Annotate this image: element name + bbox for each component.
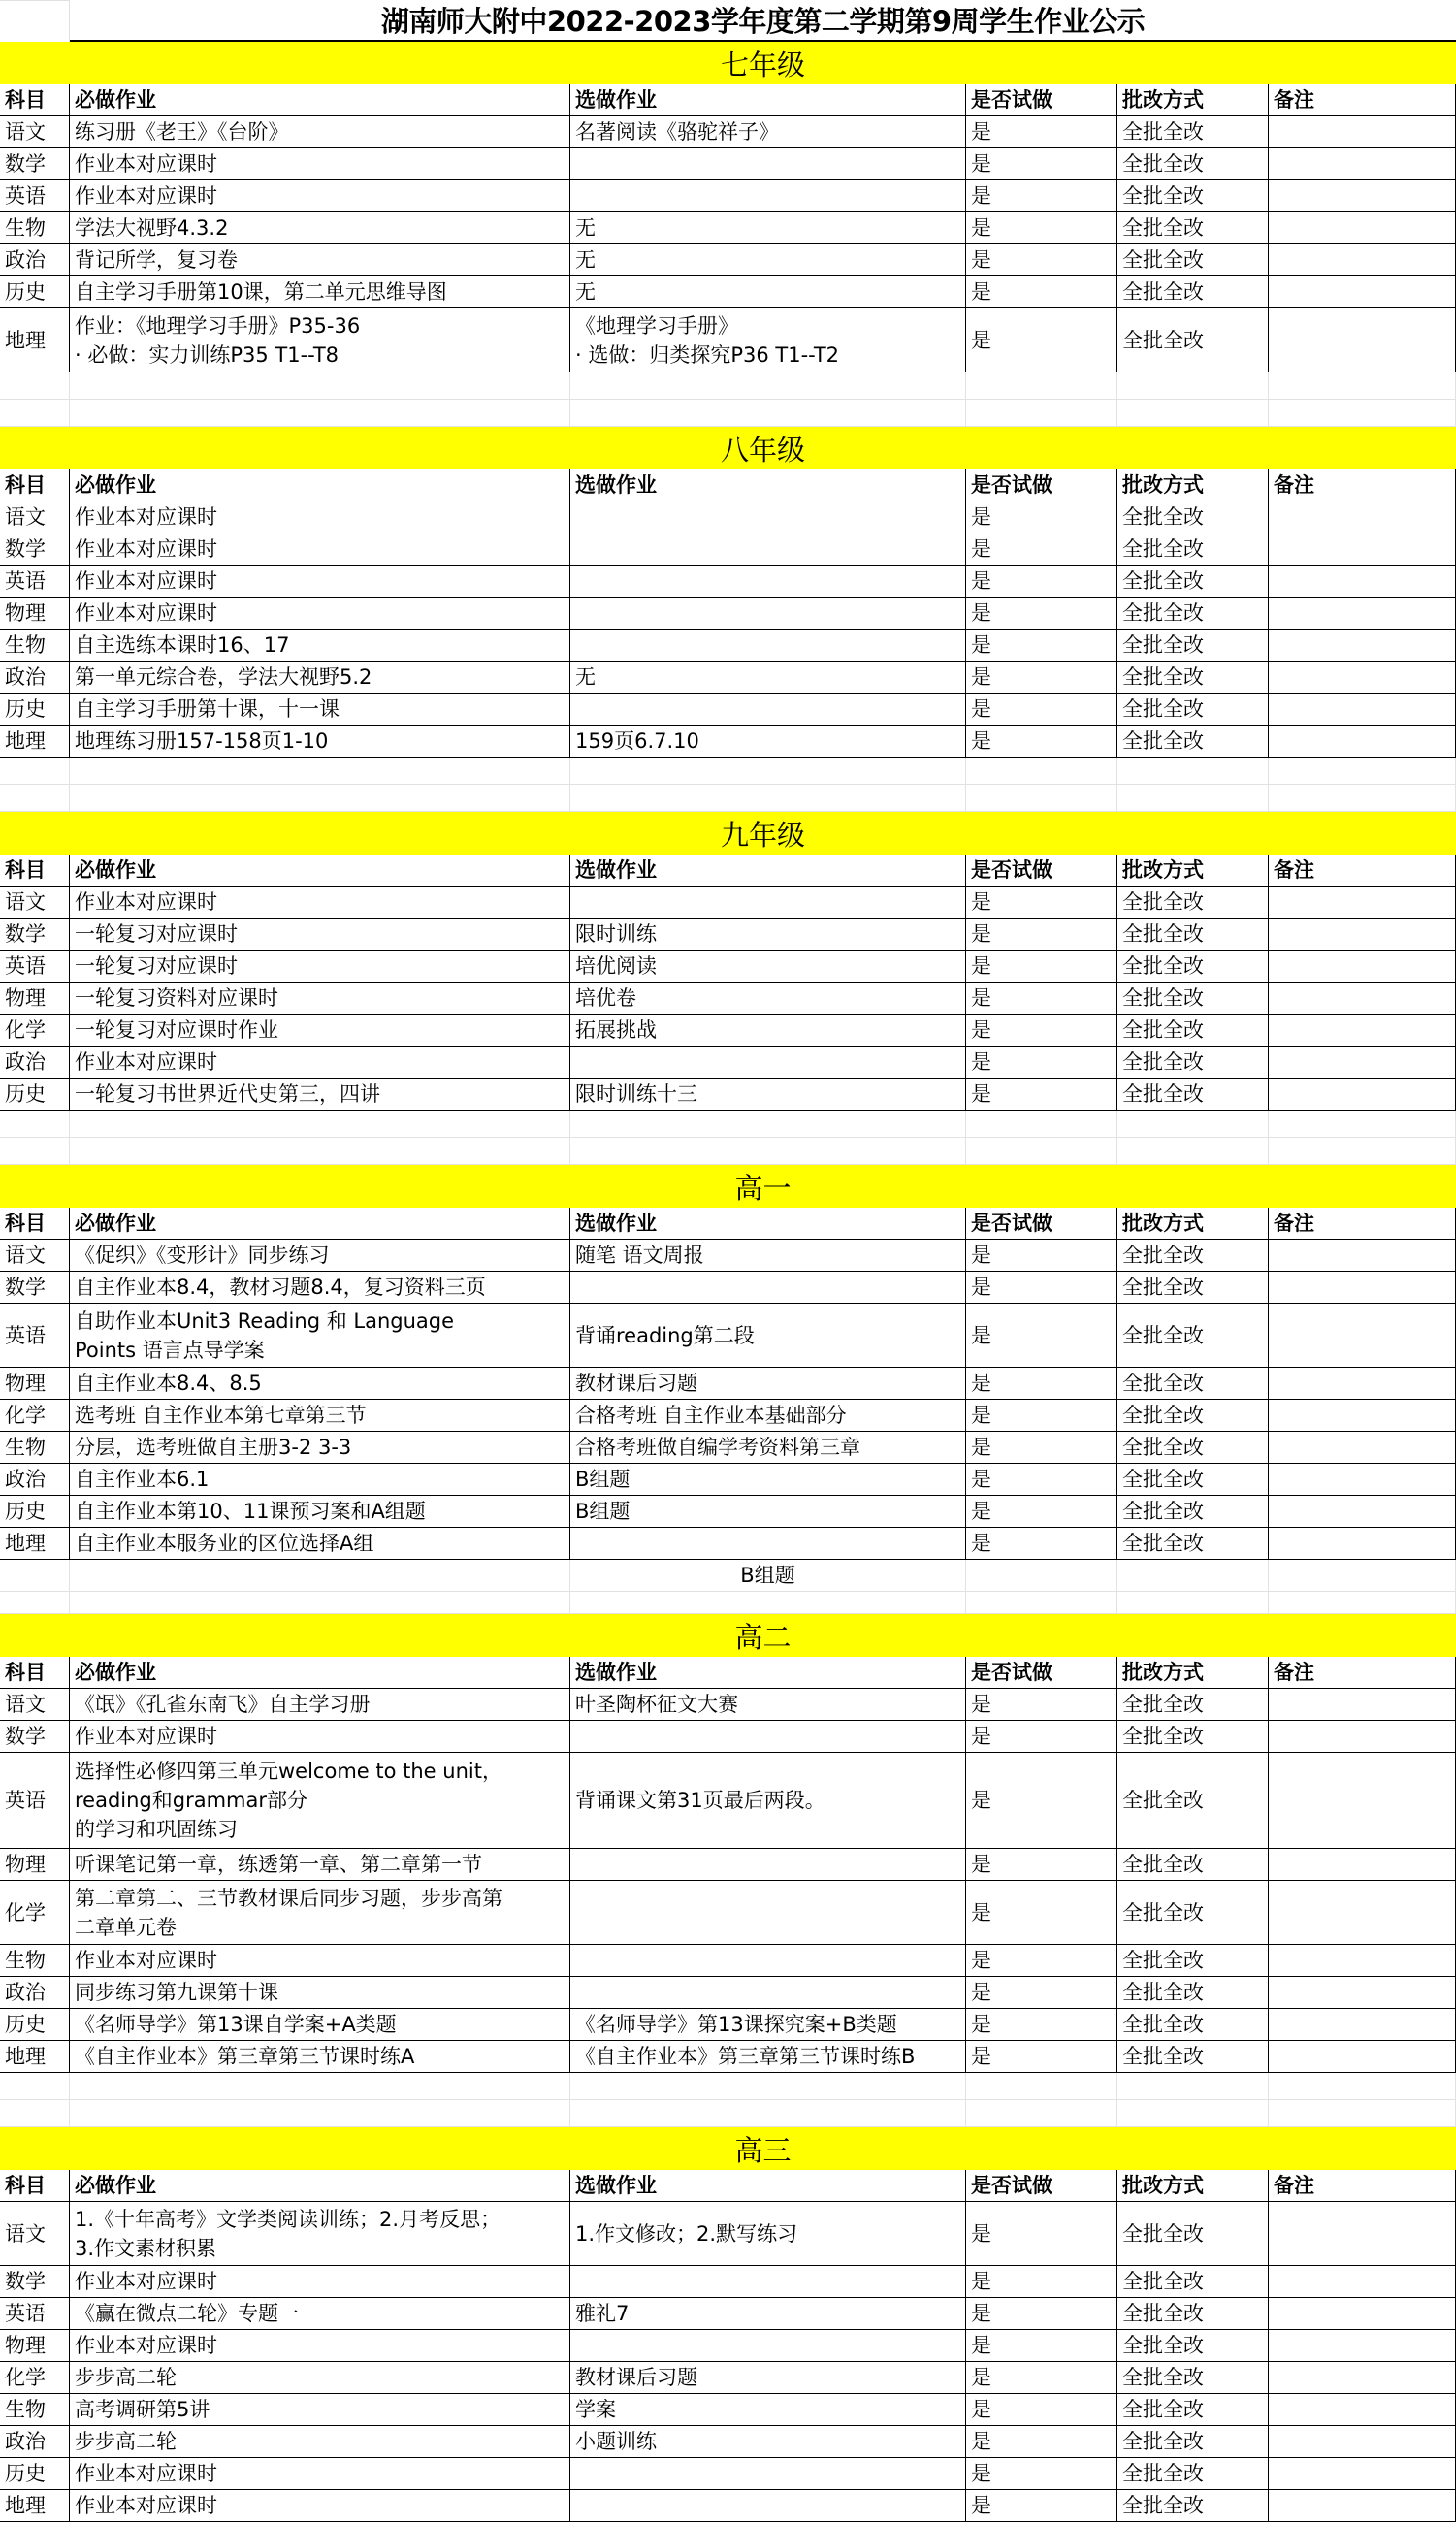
note-cell[interactable] <box>1269 1689 1456 1721</box>
required-homework-cell[interactable]: 选择性必修四第三单元welcome to the unit， reading和g… <box>70 1753 570 1849</box>
note-cell[interactable] <box>1269 2041 1456 2073</box>
empty-cell[interactable] <box>70 400 570 427</box>
optional-homework-cell[interactable] <box>570 694 966 726</box>
grading-method-cell[interactable]: 全批全改 <box>1117 2490 1269 2522</box>
header-note[interactable]: 备注 <box>1269 469 1456 501</box>
note-cell[interactable] <box>1269 694 1456 726</box>
optional-homework-cell[interactable]: 教材课后习题 <box>570 1368 966 1400</box>
grading-method-cell[interactable]: 全批全改 <box>1117 1240 1269 1272</box>
grading-method-cell[interactable]: 全批全改 <box>1117 116 1269 148</box>
note-cell[interactable] <box>1269 2266 1456 2298</box>
empty-cell[interactable] <box>1117 1111 1269 1138</box>
optional-homework-cell[interactable]: 《名师导学》第13课探究案+B类题 <box>570 2009 966 2041</box>
subject-cell[interactable]: 数学 <box>0 2266 70 2298</box>
trial-cell[interactable]: 是 <box>966 662 1117 694</box>
optional-homework-cell[interactable]: B组题 <box>570 1496 966 1528</box>
grading-method-cell[interactable]: 全批全改 <box>1117 308 1269 372</box>
note-cell[interactable] <box>1269 598 1456 630</box>
required-homework-cell[interactable]: 一轮复习对应课时作业 <box>70 1015 570 1047</box>
required-homework-cell[interactable]: 作业本对应课时 <box>70 501 570 533</box>
subject-cell[interactable]: 化学 <box>0 2362 70 2394</box>
trial-cell[interactable]: 是 <box>966 501 1117 533</box>
optional-homework-cell[interactable] <box>570 1272 966 1304</box>
grading-method-cell[interactable]: 全批全改 <box>1117 726 1269 758</box>
subject-cell[interactable]: 历史 <box>0 694 70 726</box>
trial-cell[interactable]: 是 <box>966 276 1117 308</box>
trial-cell[interactable]: 是 <box>966 630 1117 662</box>
required-homework-cell[interactable]: 作业：《地理学习手册》P35-36 · 必做：实力训练P35 T1--T8 <box>70 308 570 372</box>
subject-cell[interactable]: 政治 <box>0 1977 70 2009</box>
header-grading[interactable]: 批改方式 <box>1117 1208 1269 1240</box>
note-cell[interactable] <box>1269 148 1456 180</box>
trial-cell[interactable]: 是 <box>966 951 1117 983</box>
trial-cell[interactable]: 是 <box>966 2266 1117 2298</box>
empty-cell[interactable] <box>70 1138 570 1165</box>
grading-method-cell[interactable]: 全批全改 <box>1117 1689 1269 1721</box>
grading-method-cell[interactable]: 全批全改 <box>1117 276 1269 308</box>
required-homework-cell[interactable]: 作业本对应课时 <box>70 887 570 919</box>
subject-cell[interactable]: 地理 <box>0 2490 70 2522</box>
grading-method-cell[interactable]: 全批全改 <box>1117 2009 1269 2041</box>
grading-method-cell[interactable]: 全批全改 <box>1117 1272 1269 1304</box>
required-homework-cell[interactable]: 一轮复习对应课时 <box>70 951 570 983</box>
subject-cell[interactable]: 数学 <box>0 1272 70 1304</box>
note-cell[interactable] <box>1269 501 1456 533</box>
subject-cell[interactable]: 语文 <box>0 116 70 148</box>
grading-method-cell[interactable]: 全批全改 <box>1117 2458 1269 2490</box>
optional-homework-cell[interactable]: 小题训练 <box>570 2426 966 2458</box>
empty-cell[interactable] <box>1269 785 1456 812</box>
header-note[interactable]: 备注 <box>1269 84 1456 116</box>
optional-homework-cell[interactable] <box>570 1721 966 1753</box>
subject-cell[interactable]: 数学 <box>0 1721 70 1753</box>
empty-cell[interactable] <box>70 372 570 400</box>
trial-cell[interactable]: 是 <box>966 983 1117 1015</box>
empty-cell[interactable] <box>570 785 966 812</box>
required-homework-cell[interactable]: 作业本对应课时 <box>70 1047 570 1079</box>
empty-cell[interactable] <box>0 372 70 400</box>
note-cell[interactable] <box>1269 630 1456 662</box>
note-cell[interactable] <box>1269 1753 1456 1849</box>
subject-cell[interactable]: 物理 <box>0 1368 70 1400</box>
optional-homework-cell[interactable] <box>570 2490 966 2522</box>
required-homework-cell[interactable]: 步步高二轮 <box>70 2426 570 2458</box>
optional-homework-cell[interactable] <box>570 533 966 566</box>
page-title[interactable]: 湖南师大附中2022-2023学年度第二学期第9周学生作业公示 <box>70 0 1456 42</box>
empty-cell[interactable] <box>570 372 966 400</box>
header-trial[interactable]: 是否试做 <box>966 1657 1117 1689</box>
header-required[interactable]: 必做作业 <box>70 84 570 116</box>
note-cell[interactable] <box>1269 1721 1456 1753</box>
grading-method-cell[interactable]: 全批全改 <box>1117 244 1269 276</box>
trial-cell[interactable]: 是 <box>966 566 1117 598</box>
trial-cell[interactable]: 是 <box>966 2362 1117 2394</box>
required-homework-cell[interactable]: 自主选练本课时16、17 <box>70 630 570 662</box>
empty-cell[interactable] <box>570 2100 966 2127</box>
header-grading[interactable]: 批改方式 <box>1117 855 1269 887</box>
trial-cell[interactable]: 是 <box>966 726 1117 758</box>
note-cell[interactable] <box>1269 212 1456 244</box>
trial-cell[interactable]: 是 <box>966 1272 1117 1304</box>
subject-cell[interactable]: 生物 <box>0 1432 70 1464</box>
empty-cell[interactable] <box>1117 372 1269 400</box>
trial-cell[interactable]: 是 <box>966 308 1117 372</box>
note-cell[interactable] <box>1269 308 1456 372</box>
empty-cell[interactable] <box>0 758 70 785</box>
optional-homework-cell[interactable] <box>570 2266 966 2298</box>
subject-cell[interactable]: 历史 <box>0 1079 70 1111</box>
required-homework-cell[interactable]: 听课笔记第一章，练透第一章、第二章第一节 <box>70 1849 570 1881</box>
required-homework-cell[interactable]: 作业本对应课时 <box>70 2490 570 2522</box>
empty-cell[interactable] <box>570 1587 966 1614</box>
header-note[interactable]: 备注 <box>1269 855 1456 887</box>
trial-cell[interactable]: 是 <box>966 2041 1117 2073</box>
grading-method-cell[interactable]: 全批全改 <box>1117 662 1269 694</box>
note-cell[interactable] <box>1269 1368 1456 1400</box>
optional-homework-cell[interactable] <box>570 1977 966 2009</box>
grading-method-cell[interactable]: 全批全改 <box>1117 180 1269 212</box>
subject-cell[interactable]: 历史 <box>0 2458 70 2490</box>
trial-cell[interactable]: 是 <box>966 2490 1117 2522</box>
grading-method-cell[interactable]: 全批全改 <box>1117 2041 1269 2073</box>
optional-homework-cell[interactable] <box>570 2458 966 2490</box>
optional-homework-cell[interactable] <box>570 887 966 919</box>
empty-cell[interactable] <box>1117 758 1269 785</box>
optional-homework-cell[interactable]: 背诵reading第二段 <box>570 1304 966 1368</box>
trial-cell[interactable]: 是 <box>966 180 1117 212</box>
optional-homework-cell[interactable]: 无 <box>570 276 966 308</box>
note-cell[interactable] <box>1269 919 1456 951</box>
optional-homework-cell[interactable]: 限时训练十三 <box>570 1079 966 1111</box>
trial-cell[interactable]: 是 <box>966 2298 1117 2330</box>
grading-method-cell[interactable]: 全批全改 <box>1117 951 1269 983</box>
header-subject[interactable]: 科目 <box>0 2170 70 2202</box>
optional-homework-cell[interactable] <box>570 598 966 630</box>
trial-cell[interactable]: 是 <box>966 244 1117 276</box>
required-homework-cell[interactable]: 作业本对应课时 <box>70 2266 570 2298</box>
trial-cell[interactable]: 是 <box>966 2458 1117 2490</box>
required-homework-cell[interactable]: 一轮复习资料对应课时 <box>70 983 570 1015</box>
title-left-cell[interactable] <box>0 0 70 42</box>
optional-homework-cell[interactable] <box>570 1945 966 1977</box>
subject-cell[interactable]: 英语 <box>0 2298 70 2330</box>
trial-cell[interactable]: 是 <box>966 2202 1117 2266</box>
required-homework-cell[interactable]: 《名师导学》第13课自学案+A类题 <box>70 2009 570 2041</box>
optional-homework-cell[interactable]: 培优卷 <box>570 983 966 1015</box>
trial-cell[interactable]: 是 <box>966 919 1117 951</box>
trial-cell[interactable]: 是 <box>966 1432 1117 1464</box>
required-homework-cell[interactable]: 练习册《老王》《台阶》 <box>70 116 570 148</box>
grading-method-cell[interactable]: 全批全改 <box>1117 566 1269 598</box>
required-homework-cell[interactable]: 自主作业本6.1 <box>70 1464 570 1496</box>
note-cell[interactable] <box>1269 1496 1456 1528</box>
note-cell[interactable] <box>1269 887 1456 919</box>
note-cell[interactable] <box>1269 1881 1456 1945</box>
trial-cell[interactable]: 是 <box>966 1047 1117 1079</box>
header-optional[interactable]: 选做作业 <box>570 1657 966 1689</box>
note-cell[interactable] <box>1269 1528 1456 1560</box>
required-homework-cell[interactable]: 第二章第二、三节教材课后同步习题，步步高第 二章单元卷 <box>70 1881 570 1945</box>
required-homework-cell[interactable]: 《自主作业本》第三章第三节课时练A <box>70 2041 570 2073</box>
optional-homework-cell[interactable]: 《地理学习手册》 · 选做：归类探究P36 T1--T2 <box>570 308 966 372</box>
grading-method-cell[interactable]: 全批全改 <box>1117 1753 1269 1849</box>
empty-cell[interactable] <box>966 372 1117 400</box>
grading-method-cell[interactable]: 全批全改 <box>1117 1368 1269 1400</box>
subject-cell[interactable]: 英语 <box>0 951 70 983</box>
grading-method-cell[interactable]: 全批全改 <box>1117 2202 1269 2266</box>
required-homework-cell[interactable]: 自主作业本8.4，教材习题8.4，复习资料三页 <box>70 1272 570 1304</box>
trial-cell[interactable]: 是 <box>966 1240 1117 1272</box>
subject-cell[interactable]: 政治 <box>0 1047 70 1079</box>
optional-homework-cell[interactable] <box>570 566 966 598</box>
required-homework-cell[interactable]: 分层，选考班做自主册3-2 3-3 <box>70 1432 570 1464</box>
subject-cell[interactable]: 数学 <box>0 148 70 180</box>
grading-method-cell[interactable]: 全批全改 <box>1117 1977 1269 2009</box>
header-note[interactable]: 备注 <box>1269 2170 1456 2202</box>
optional-homework-cell[interactable]: 学案 <box>570 2394 966 2426</box>
trial-cell[interactable]: 是 <box>966 694 1117 726</box>
trial-cell[interactable]: 是 <box>966 1015 1117 1047</box>
optional-homework-cell[interactable]: 合格考班做自编学考资料第三章 <box>570 1432 966 1464</box>
trial-cell[interactable]: 是 <box>966 1368 1117 1400</box>
empty-cell[interactable] <box>570 1138 966 1165</box>
required-homework-cell[interactable]: 作业本对应课时 <box>70 566 570 598</box>
grading-method-cell[interactable]: 全批全改 <box>1117 694 1269 726</box>
empty-cell[interactable] <box>70 2100 570 2127</box>
trial-cell[interactable]: 是 <box>966 2394 1117 2426</box>
subject-cell[interactable]: 地理 <box>0 1528 70 1560</box>
trial-cell[interactable]: 是 <box>966 1304 1117 1368</box>
trial-cell[interactable]: 是 <box>966 1721 1117 1753</box>
trial-cell[interactable]: 是 <box>966 1753 1117 1849</box>
grading-method-cell[interactable]: 全批全改 <box>1117 533 1269 566</box>
required-homework-cell[interactable]: 1.《十年高考》文学类阅读训练；2.月考反思； 3.作文素材积累 <box>70 2202 570 2266</box>
grading-method-cell[interactable]: 全批全改 <box>1117 2330 1269 2362</box>
grading-method-cell[interactable]: 全批全改 <box>1117 148 1269 180</box>
required-homework-cell[interactable]: 《促织》《变形计》同步练习 <box>70 1240 570 1272</box>
empty-cell[interactable] <box>570 2073 966 2100</box>
subject-cell[interactable]: 物理 <box>0 983 70 1015</box>
empty-cell[interactable] <box>1117 1587 1269 1614</box>
header-grading[interactable]: 批改方式 <box>1117 2170 1269 2202</box>
required-homework-cell[interactable]: 作业本对应课时 <box>70 598 570 630</box>
trial-cell[interactable]: 是 <box>966 1528 1117 1560</box>
trial-cell[interactable]: 是 <box>966 598 1117 630</box>
subject-cell[interactable]: 化学 <box>0 1400 70 1432</box>
subject-cell[interactable]: 物理 <box>0 1849 70 1881</box>
subject-cell[interactable]: 数学 <box>0 533 70 566</box>
required-homework-cell[interactable]: 自主学习手册第十课，十一课 <box>70 694 570 726</box>
empty-cell[interactable] <box>1269 372 1456 400</box>
subject-cell[interactable]: 语文 <box>0 887 70 919</box>
empty-cell[interactable] <box>0 1111 70 1138</box>
empty-cell[interactable] <box>70 2073 570 2100</box>
note-cell[interactable] <box>1269 1945 1456 1977</box>
trial-cell[interactable]: 是 <box>966 533 1117 566</box>
empty-cell[interactable] <box>1269 2100 1456 2127</box>
note-cell[interactable] <box>1269 276 1456 308</box>
grading-method-cell[interactable]: 全批全改 <box>1117 1528 1269 1560</box>
trial-cell[interactable]: 是 <box>966 116 1117 148</box>
grading-method-cell[interactable]: 全批全改 <box>1117 1496 1269 1528</box>
trial-cell[interactable]: 是 <box>966 1689 1117 1721</box>
trial-cell[interactable]: 是 <box>966 1881 1117 1945</box>
subject-cell[interactable]: 语文 <box>0 1689 70 1721</box>
header-optional[interactable]: 选做作业 <box>570 2170 966 2202</box>
empty-cell[interactable] <box>0 1138 70 1165</box>
header-grading[interactable]: 批改方式 <box>1117 84 1269 116</box>
empty-cell[interactable] <box>0 2100 70 2127</box>
required-homework-cell[interactable]: 作业本对应课时 <box>70 180 570 212</box>
optional-homework-cell[interactable]: 背诵课文第31页最后两段。 <box>570 1753 966 1849</box>
required-homework-cell[interactable]: 自主作业本第10、11课预习案和A组题 <box>70 1496 570 1528</box>
subject-cell[interactable]: 历史 <box>0 1496 70 1528</box>
note-cell[interactable] <box>1269 2362 1456 2394</box>
trial-cell[interactable]: 是 <box>966 1945 1117 1977</box>
empty-cell[interactable] <box>1117 2100 1269 2127</box>
empty-cell[interactable] <box>1269 1587 1456 1614</box>
note-cell[interactable] <box>1269 662 1456 694</box>
subject-cell[interactable]: 物理 <box>0 598 70 630</box>
trial-cell[interactable]: 是 <box>966 1464 1117 1496</box>
note-cell[interactable] <box>1269 1047 1456 1079</box>
optional-homework-cell[interactable] <box>570 148 966 180</box>
required-homework-cell[interactable]: 选考班 自主作业本第七章第三节 <box>70 1400 570 1432</box>
subject-cell[interactable]: 英语 <box>0 566 70 598</box>
required-homework-cell[interactable]: 自主作业本服务业的区位选择A组 <box>70 1528 570 1560</box>
empty-cell[interactable] <box>966 2073 1117 2100</box>
empty-cell[interactable] <box>1269 758 1456 785</box>
note-cell[interactable] <box>1269 1015 1456 1047</box>
header-optional[interactable]: 选做作业 <box>570 855 966 887</box>
header-note[interactable]: 备注 <box>1269 1208 1456 1240</box>
grading-method-cell[interactable]: 全批全改 <box>1117 1304 1269 1368</box>
note-cell[interactable] <box>1269 244 1456 276</box>
subject-cell[interactable]: 化学 <box>0 1881 70 1945</box>
required-homework-cell[interactable]: 自主作业本8.4、8.5 <box>70 1368 570 1400</box>
subject-cell[interactable]: 英语 <box>0 180 70 212</box>
grading-method-cell[interactable]: 全批全改 <box>1117 212 1269 244</box>
header-grading[interactable]: 批改方式 <box>1117 1657 1269 1689</box>
note-cell[interactable] <box>1269 2426 1456 2458</box>
optional-homework-cell[interactable] <box>570 2330 966 2362</box>
empty-cell[interactable] <box>70 758 570 785</box>
required-homework-cell[interactable]: 一轮复习书世界近代史第三，四讲 <box>70 1079 570 1111</box>
note-cell[interactable] <box>1269 180 1456 212</box>
note-cell[interactable] <box>1269 2330 1456 2362</box>
subject-cell[interactable]: 历史 <box>0 276 70 308</box>
grading-method-cell[interactable]: 全批全改 <box>1117 1945 1269 1977</box>
note-cell[interactable] <box>1269 1272 1456 1304</box>
grading-method-cell[interactable]: 全批全改 <box>1117 501 1269 533</box>
required-homework-cell[interactable]: 《氓》《孔雀东南飞》自主学习册 <box>70 1689 570 1721</box>
subject-cell[interactable]: 化学 <box>0 1015 70 1047</box>
optional-homework-cell[interactable]: 培优阅读 <box>570 951 966 983</box>
empty-cell[interactable] <box>1117 785 1269 812</box>
grading-method-cell[interactable]: 全批全改 <box>1117 983 1269 1015</box>
optional-homework-cell[interactable] <box>570 1881 966 1945</box>
header-required[interactable]: 必做作业 <box>70 2170 570 2202</box>
empty-cell[interactable] <box>1269 1111 1456 1138</box>
required-homework-cell[interactable]: 高考调研第5讲 <box>70 2394 570 2426</box>
empty-cell[interactable] <box>0 1587 70 1614</box>
empty-cell[interactable] <box>0 2073 70 2100</box>
header-trial[interactable]: 是否试做 <box>966 1208 1117 1240</box>
subject-cell[interactable]: 语文 <box>0 2202 70 2266</box>
grading-method-cell[interactable]: 全批全改 <box>1117 1881 1269 1945</box>
required-homework-cell[interactable]: 背记所学，复习卷 <box>70 244 570 276</box>
empty-cell[interactable] <box>1117 400 1269 427</box>
empty-cell[interactable] <box>1269 1138 1456 1165</box>
subject-cell[interactable]: 政治 <box>0 2426 70 2458</box>
header-subject[interactable]: 科目 <box>0 855 70 887</box>
trial-cell[interactable]: 是 <box>966 2330 1117 2362</box>
header-optional[interactable]: 选做作业 <box>570 1208 966 1240</box>
empty-cell[interactable] <box>70 785 570 812</box>
required-homework-cell[interactable]: 同步练习第九课第十课 <box>70 1977 570 2009</box>
trial-cell[interactable]: 是 <box>966 1977 1117 2009</box>
grading-method-cell[interactable]: 全批全改 <box>1117 1849 1269 1881</box>
empty-cell[interactable] <box>0 400 70 427</box>
trial-cell[interactable]: 是 <box>966 2426 1117 2458</box>
optional-homework-cell[interactable]: 随笔 语文周报 <box>570 1240 966 1272</box>
header-trial[interactable]: 是否试做 <box>966 2170 1117 2202</box>
required-homework-cell[interactable]: 作业本对应课时 <box>70 2330 570 2362</box>
empty-cell[interactable] <box>1269 2073 1456 2100</box>
note-cell[interactable] <box>1269 1304 1456 1368</box>
header-trial[interactable]: 是否试做 <box>966 855 1117 887</box>
header-subject[interactable]: 科目 <box>0 1657 70 1689</box>
note-cell[interactable] <box>1269 2394 1456 2426</box>
empty-cell[interactable] <box>70 1587 570 1614</box>
optional-homework-cell[interactable]: 无 <box>570 212 966 244</box>
header-required[interactable]: 必做作业 <box>70 855 570 887</box>
note-cell[interactable] <box>1269 983 1456 1015</box>
header-trial[interactable]: 是否试做 <box>966 84 1117 116</box>
optional-homework-cell[interactable]: B组题 <box>570 1464 966 1496</box>
subject-cell[interactable]: 政治 <box>0 662 70 694</box>
grading-method-cell[interactable]: 全批全改 <box>1117 1079 1269 1111</box>
grading-method-cell[interactable]: 全批全改 <box>1117 1015 1269 1047</box>
required-homework-cell[interactable]: 作业本对应课时 <box>70 2458 570 2490</box>
grading-method-cell[interactable]: 全批全改 <box>1117 2394 1269 2426</box>
header-required[interactable]: 必做作业 <box>70 469 570 501</box>
optional-homework-cell[interactable]: 159页6.7.10 <box>570 726 966 758</box>
optional-homework-cell[interactable]: 无 <box>570 662 966 694</box>
note-cell[interactable] <box>1269 2009 1456 2041</box>
optional-homework-cell[interactable] <box>570 1047 966 1079</box>
trial-cell[interactable]: 是 <box>966 1496 1117 1528</box>
required-homework-cell[interactable]: 第一单元综合卷，学法大视野5.2 <box>70 662 570 694</box>
required-homework-cell[interactable]: 作业本对应课时 <box>70 1721 570 1753</box>
note-cell[interactable] <box>1269 2202 1456 2266</box>
grading-method-cell[interactable]: 全批全改 <box>1117 1432 1269 1464</box>
subject-cell[interactable]: 英语 <box>0 1304 70 1368</box>
subject-cell[interactable]: 地理 <box>0 308 70 372</box>
empty-cell[interactable] <box>966 758 1117 785</box>
header-optional[interactable]: 选做作业 <box>570 84 966 116</box>
subject-cell[interactable]: 地理 <box>0 2041 70 2073</box>
required-homework-cell[interactable]: 自主学习手册第10课，第二单元思维导图 <box>70 276 570 308</box>
trial-cell[interactable]: 是 <box>966 212 1117 244</box>
grading-method-cell[interactable]: 全批全改 <box>1117 887 1269 919</box>
empty-cell[interactable] <box>966 1111 1117 1138</box>
subject-cell[interactable]: 语文 <box>0 501 70 533</box>
subject-cell[interactable]: 语文 <box>0 1240 70 1272</box>
empty-cell[interactable] <box>1117 2073 1269 2100</box>
header-note[interactable]: 备注 <box>1269 1657 1456 1689</box>
header-subject[interactable]: 科目 <box>0 1208 70 1240</box>
